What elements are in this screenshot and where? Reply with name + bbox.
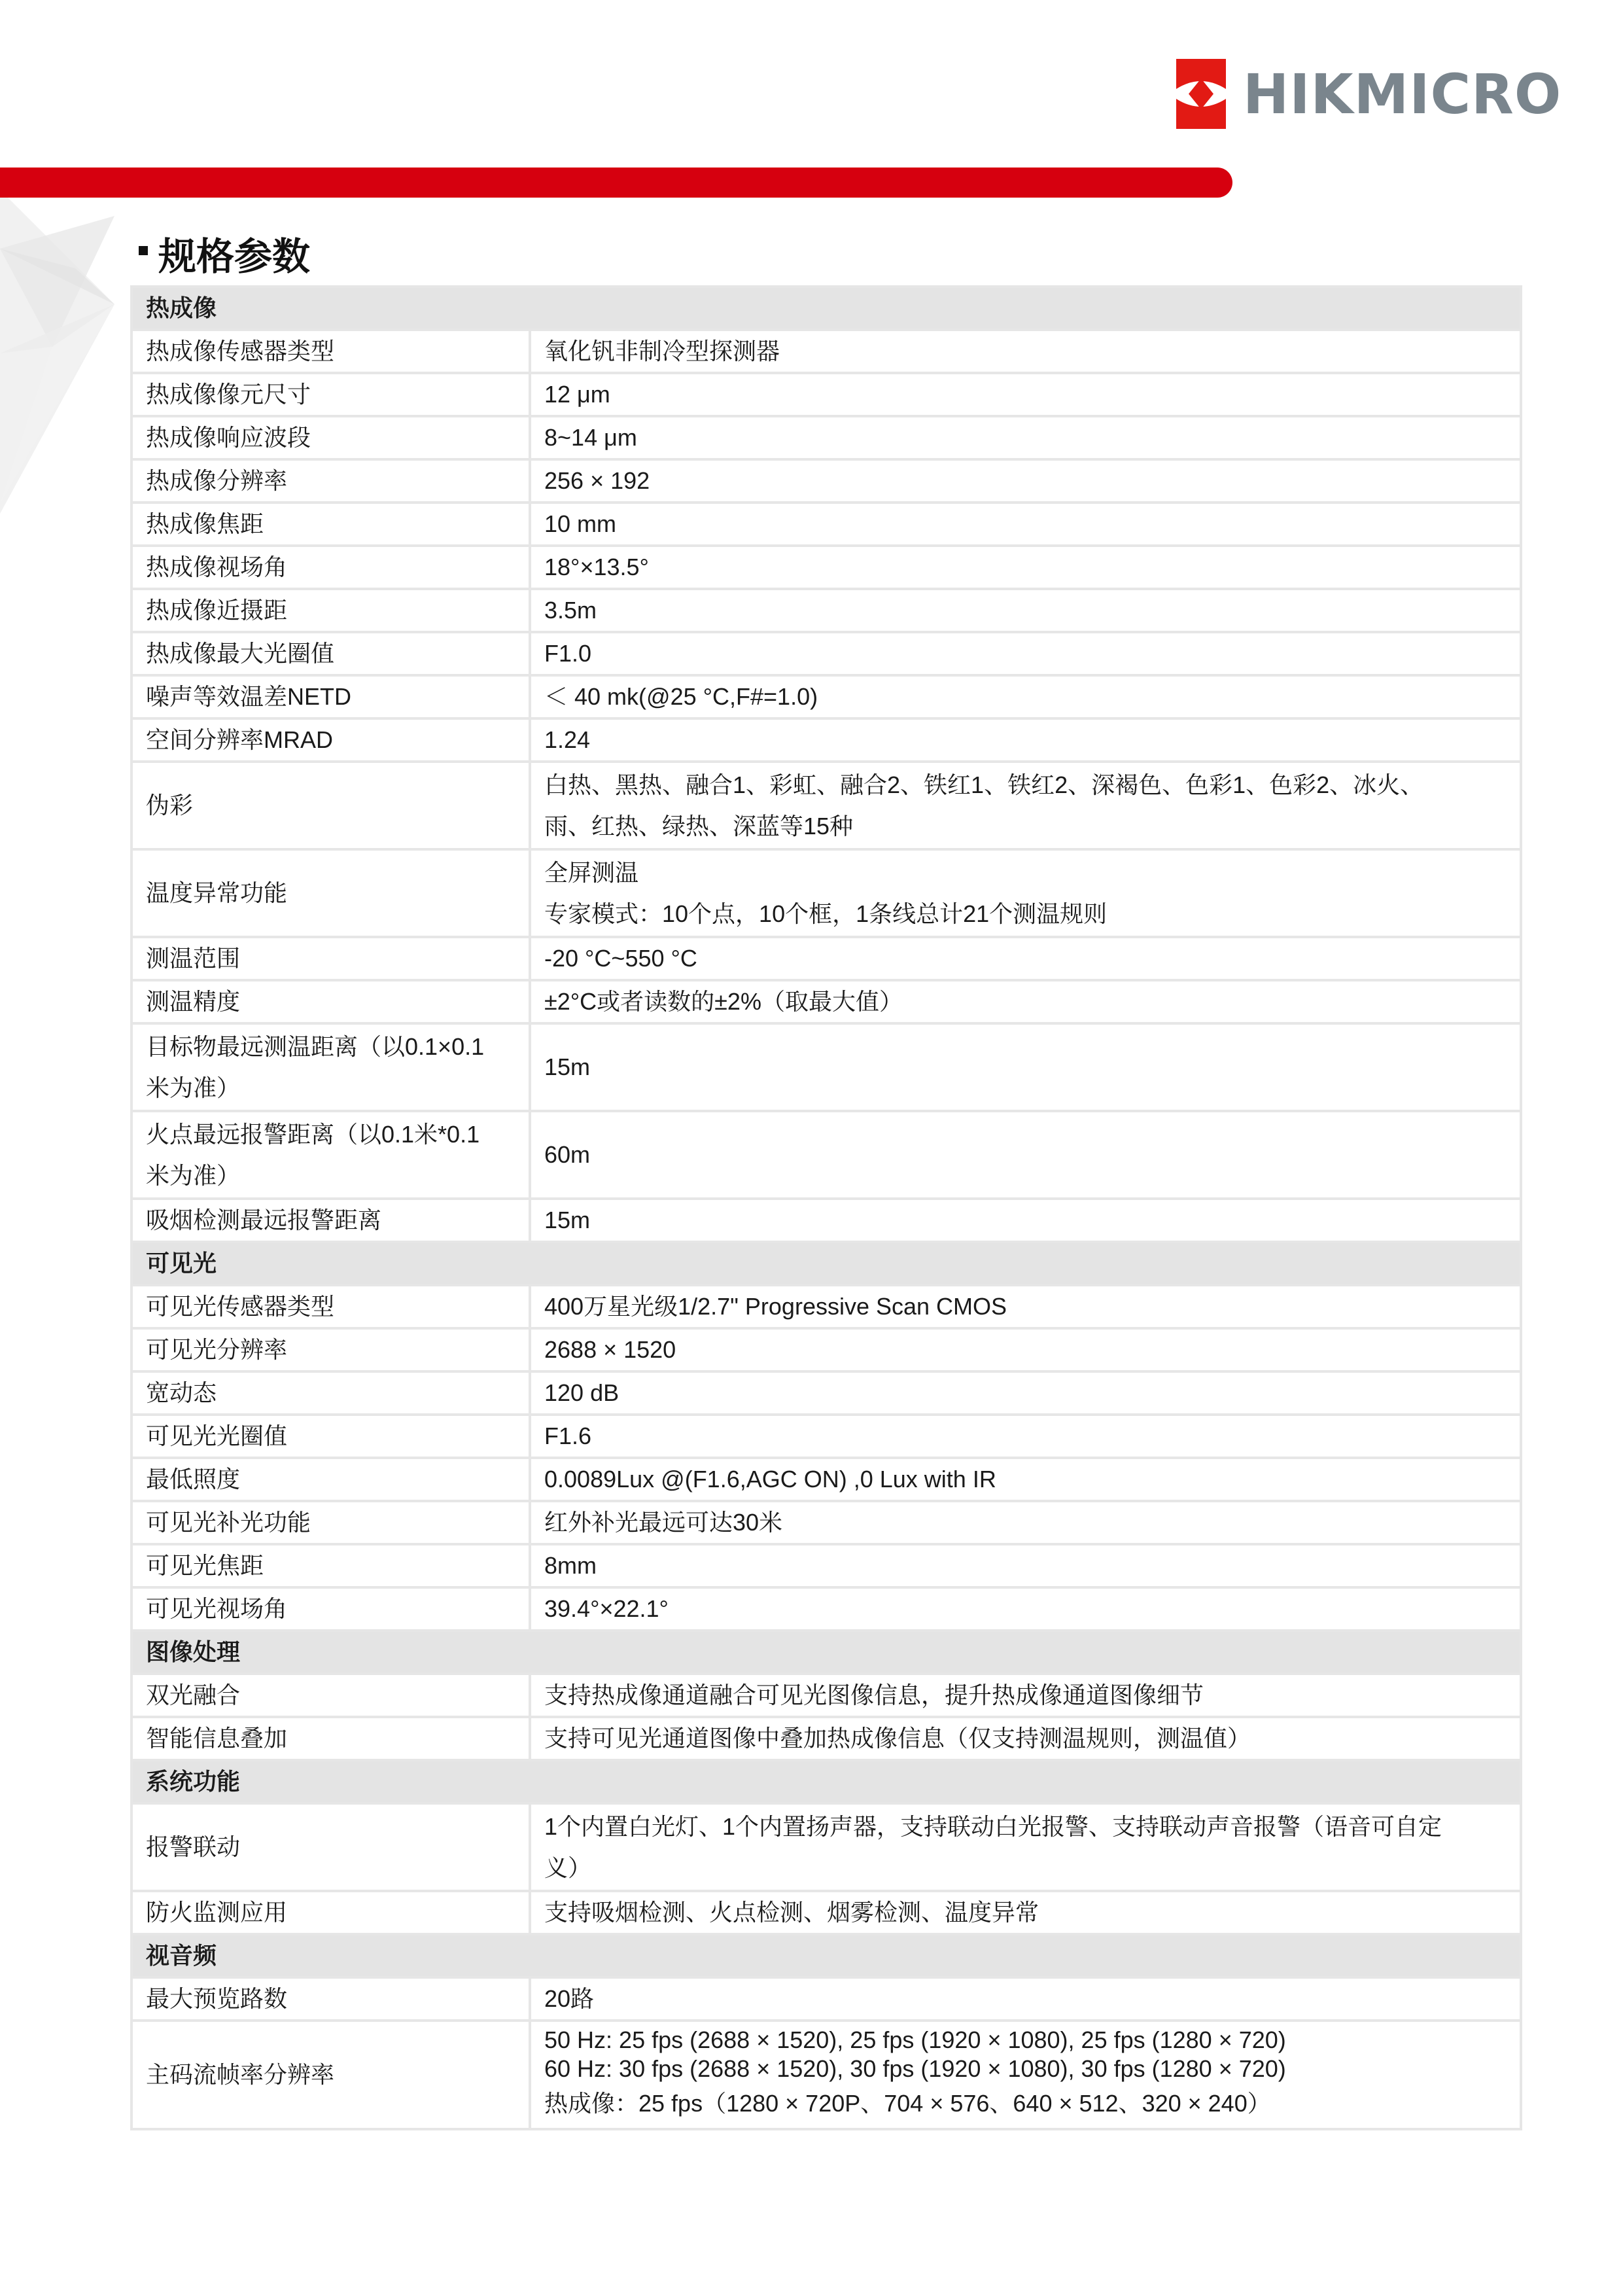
section-title: 热成像 [131,287,1521,330]
spec-value: 20路 [530,1977,1521,2021]
spec-value-line: F1.0 [544,633,1507,674]
spec-row: 空间分辨率MRAD1.24 [131,718,1521,762]
spec-value: 0.0089Lux @(F1.6,AGC ON) ,0 Lux with IR [530,1458,1521,1501]
spec-label: 热成像焦距 [131,503,530,546]
spec-value-line: 8mm [544,1545,1507,1586]
spec-label: 热成像视场角 [131,546,530,589]
spec-value: 支持吸烟检测、火点检测、烟雾检测、温度异常 [530,1891,1521,1934]
spec-label: 伪彩 [131,762,530,849]
spec-label: 双光融合 [131,1674,530,1717]
header-accent-bar [0,168,1232,198]
spec-value: 400万星光级1/2.7" Progressive Scan CMOS [530,1285,1521,1328]
spec-row: 火点最远报警距离（以0.1米*0.1米为准）60m [131,1111,1521,1199]
spec-value-line: 15m [544,1200,1507,1241]
spec-value-line: 白热、黑热、融合1、彩虹、融合2、铁红1、铁红2、深褐色、色彩1、色彩2、冰火、 [544,764,1507,805]
spec-value: 氧化钒非制冷型探测器 [530,330,1521,373]
spec-value: 8mm [530,1544,1521,1587]
spec-label: 热成像近摄距 [131,589,530,632]
title-bullet-icon [139,246,148,255]
spec-value: 1.24 [530,718,1521,762]
spec-label: 可见光分辨率 [131,1328,530,1371]
spec-value-line: 400万星光级1/2.7" Progressive Scan CMOS [544,1286,1507,1327]
spec-row: 测温范围-20 °C~550 °C [131,937,1521,980]
spec-value-line: 12 μm [544,374,1507,415]
spec-label: 可见光视场角 [131,1587,530,1631]
spec-value: 1个内置白光灯、1个内置扬声器，支持联动白光报警、支持联动声音报警（语音可自定义… [530,1803,1521,1891]
spec-value: 8~14 μm [530,416,1521,459]
page-title: 规格参数 [139,226,310,281]
spec-value: 3.5m [530,589,1521,632]
spec-label: 空间分辨率MRAD [131,718,530,762]
spec-value-line: ＜ 40 mk(@25 °C,F#=1.0) [544,677,1507,717]
spec-row: 最大预览路数20路 [131,1977,1521,2021]
spec-value: ＜ 40 mk(@25 °C,F#=1.0) [530,675,1521,718]
spec-row: 可见光焦距8mm [131,1544,1521,1587]
section-header-row: 图像处理 [131,1631,1521,1674]
spec-row: 热成像响应波段8~14 μm [131,416,1521,459]
spec-row: 伪彩白热、黑热、融合1、彩虹、融合2、铁红1、铁红2、深褐色、色彩1、色彩2、冰… [131,762,1521,849]
spec-value: F1.6 [530,1415,1521,1458]
spec-value-line: 120 dB [544,1373,1507,1413]
spec-label-line: 目标物最远测温距离（以0.1×0.1 [146,1026,515,1067]
spec-value: 18°×13.5° [530,546,1521,589]
spec-row: 热成像焦距10 mm [131,503,1521,546]
spec-label: 火点最远报警距离（以0.1米*0.1米为准） [131,1111,530,1199]
spec-label: 最大预览路数 [131,1977,530,2021]
spec-value: 39.4°×22.1° [530,1587,1521,1631]
spec-value-line: 20路 [544,1979,1507,2019]
spec-row: 报警联动1个内置白光灯、1个内置扬声器，支持联动白光报警、支持联动声音报警（语音… [131,1803,1521,1891]
spec-row: 测温精度±2°C或者读数的±2%（取最大值） [131,980,1521,1023]
spec-label: 最低照度 [131,1458,530,1501]
spec-value: 红外补光最远可达30米 [530,1501,1521,1544]
spec-row: 主码流帧率分辨率50 Hz: 25 fps (2688 × 1520), 25 … [131,2021,1521,2129]
spec-value: 12 μm [530,373,1521,416]
spec-label: 热成像传感器类型 [131,330,530,373]
spec-row: 双光融合支持热成像通道融合可见光图像信息，提升热成像通道图像细节 [131,1674,1521,1717]
spec-value-line: 专家模式：10个点，10个框，1条线总计21个测温规则 [544,893,1507,934]
spec-value: 50 Hz: 25 fps (2688 × 1520), 25 fps (192… [530,2021,1521,2129]
spec-label-line: 米为准） [146,1067,515,1108]
section-header-row: 系统功能 [131,1760,1521,1803]
section-title: 可见光 [131,1242,1521,1285]
spec-label-line: 米为准） [146,1155,515,1196]
page-title-text: 规格参数 [158,226,310,281]
spec-value: 15m [530,1023,1521,1111]
spec-value-line: 256 × 192 [544,461,1507,501]
spec-value: F1.0 [530,632,1521,675]
spec-value-line: 义） [544,1847,1507,1888]
section-title: 视音频 [131,1934,1521,1977]
spec-row: 可见光光圈值F1.6 [131,1415,1521,1458]
spec-row: 智能信息叠加支持可见光通道图像中叠加热成像信息（仅支持测温规则，测温值） [131,1717,1521,1760]
spec-label: 温度异常功能 [131,849,530,937]
spec-value: 60m [530,1111,1521,1199]
spec-row: 热成像视场角18°×13.5° [131,546,1521,589]
spec-label-line: 火点最远报警距离（以0.1米*0.1 [146,1114,515,1155]
spec-value-line: ±2°C或者读数的±2%（取最大值） [544,981,1507,1022]
spec-row: 宽动态120 dB [131,1371,1521,1415]
spec-label: 智能信息叠加 [131,1717,530,1760]
spec-value-line: 3.5m [544,590,1507,631]
brand-logo: HIKMICRO [1176,59,1562,129]
spec-value-line: 60m [544,1135,1507,1175]
section-header-row: 热成像 [131,287,1521,330]
spec-table: 热成像热成像传感器类型氧化钒非制冷型探测器热成像像元尺寸12 μm热成像响应波段… [130,285,1522,2130]
spec-value: -20 °C~550 °C [530,937,1521,980]
spec-value: 120 dB [530,1371,1521,1415]
spec-label: 热成像响应波段 [131,416,530,459]
spec-row: 目标物最远测温距离（以0.1×0.1米为准）15m [131,1023,1521,1111]
spec-label: 热成像最大光圈值 [131,632,530,675]
spec-row: 可见光补光功能红外补光最远可达30米 [131,1501,1521,1544]
spec-value-line: 60 Hz: 30 fps (2688 × 1520), 30 fps (192… [544,2055,1507,2083]
spec-value: 支持热成像通道融合可见光图像信息，提升热成像通道图像细节 [530,1674,1521,1717]
spec-label: 热成像分辨率 [131,459,530,503]
spec-row: 吸烟检测最远报警距离15m [131,1199,1521,1242]
hikmicro-eye-icon [1176,59,1226,129]
section-header-row: 视音频 [131,1934,1521,1977]
spec-label: 宽动态 [131,1371,530,1415]
spec-value-line: -20 °C~550 °C [544,938,1507,979]
spec-value-line: 全屏测温 [544,852,1507,893]
spec-label: 吸烟检测最远报警距离 [131,1199,530,1242]
section-header-row: 可见光 [131,1242,1521,1285]
spec-value-line: 50 Hz: 25 fps (2688 × 1520), 25 fps (192… [544,2026,1507,2055]
spec-label: 噪声等效温差NETD [131,675,530,718]
spec-label: 可见光传感器类型 [131,1285,530,1328]
spec-label: 目标物最远测温距离（以0.1×0.1米为准） [131,1023,530,1111]
spec-value-line: 雨、红热、绿热、深蓝等15种 [544,805,1507,847]
spec-value: 白热、黑热、融合1、彩虹、融合2、铁红1、铁红2、深褐色、色彩1、色彩2、冰火、… [530,762,1521,849]
spec-label: 测温精度 [131,980,530,1023]
brand-name: HIKMICRO [1243,67,1562,122]
spec-row: 防火监测应用支持吸烟检测、火点检测、烟雾检测、温度异常 [131,1891,1521,1934]
spec-label: 防火监测应用 [131,1891,530,1934]
spec-label: 可见光补光功能 [131,1501,530,1544]
spec-label: 可见光焦距 [131,1544,530,1587]
spec-value: 2688 × 1520 [530,1328,1521,1371]
spec-row: 可见光分辨率2688 × 1520 [131,1328,1521,1371]
spec-row: 噪声等效温差NETD＜ 40 mk(@25 °C,F#=1.0) [131,675,1521,718]
spec-row: 可见光传感器类型400万星光级1/2.7" Progressive Scan C… [131,1285,1521,1328]
spec-value-line: 0.0089Lux @(F1.6,AGC ON) ,0 Lux with IR [544,1459,1507,1500]
spec-value: 全屏测温专家模式：10个点，10个框，1条线总计21个测温规则 [530,849,1521,937]
spec-value-line: 39.4°×22.1° [544,1589,1507,1629]
spec-value-line: 红外补光最远可达30米 [544,1502,1507,1543]
spec-value-line: 1.24 [544,720,1507,760]
spec-value-line: 支持可见光通道图像中叠加热成像信息（仅支持测温规则，测温值） [544,1718,1507,1759]
section-title: 图像处理 [131,1631,1521,1674]
spec-value: 256 × 192 [530,459,1521,503]
spec-row: 热成像近摄距3.5m [131,589,1521,632]
spec-row: 最低照度0.0089Lux @(F1.6,AGC ON) ,0 Lux with… [131,1458,1521,1501]
spec-value: 支持可见光通道图像中叠加热成像信息（仅支持测温规则，测温值） [530,1717,1521,1760]
spec-label: 报警联动 [131,1803,530,1891]
spec-row: 热成像像元尺寸12 μm [131,373,1521,416]
spec-value-line: 15m [544,1047,1507,1087]
section-title: 系统功能 [131,1760,1521,1803]
spec-value-line: 支持吸烟检测、火点检测、烟雾检测、温度异常 [544,1892,1507,1933]
spec-value-line: 氧化钒非制冷型探测器 [544,331,1507,372]
spec-label: 热成像像元尺寸 [131,373,530,416]
spec-label: 主码流帧率分辨率 [131,2021,530,2129]
spec-value-line: 8~14 μm [544,417,1507,458]
spec-value-line: F1.6 [544,1416,1507,1457]
spec-value: ±2°C或者读数的±2%（取最大值） [530,980,1521,1023]
spec-value-line: 2688 × 1520 [544,1330,1507,1370]
spec-row: 热成像分辨率256 × 192 [131,459,1521,503]
spec-value-line: 10 mm [544,504,1507,544]
spec-value: 10 mm [530,503,1521,546]
spec-row: 可见光视场角39.4°×22.1° [131,1587,1521,1631]
spec-value-line: 支持热成像通道融合可见光图像信息，提升热成像通道图像细节 [544,1675,1507,1716]
spec-value-line: 18°×13.5° [544,547,1507,588]
spec-value: 15m [530,1199,1521,1242]
spec-value-line: 1个内置白光灯、1个内置扬声器，支持联动白光报警、支持联动声音报警（语音可自定 [544,1806,1507,1847]
spec-label: 测温范围 [131,937,530,980]
spec-row: 温度异常功能全屏测温专家模式：10个点，10个框，1条线总计21个测温规则 [131,849,1521,937]
spec-row: 热成像最大光圈值F1.0 [131,632,1521,675]
spec-label: 可见光光圈值 [131,1415,530,1458]
spec-value-line: 热成像：25 fps（1280 × 720P、704 × 576、640 × 5… [544,2083,1507,2124]
spec-row: 热成像传感器类型氧化钒非制冷型探测器 [131,330,1521,373]
